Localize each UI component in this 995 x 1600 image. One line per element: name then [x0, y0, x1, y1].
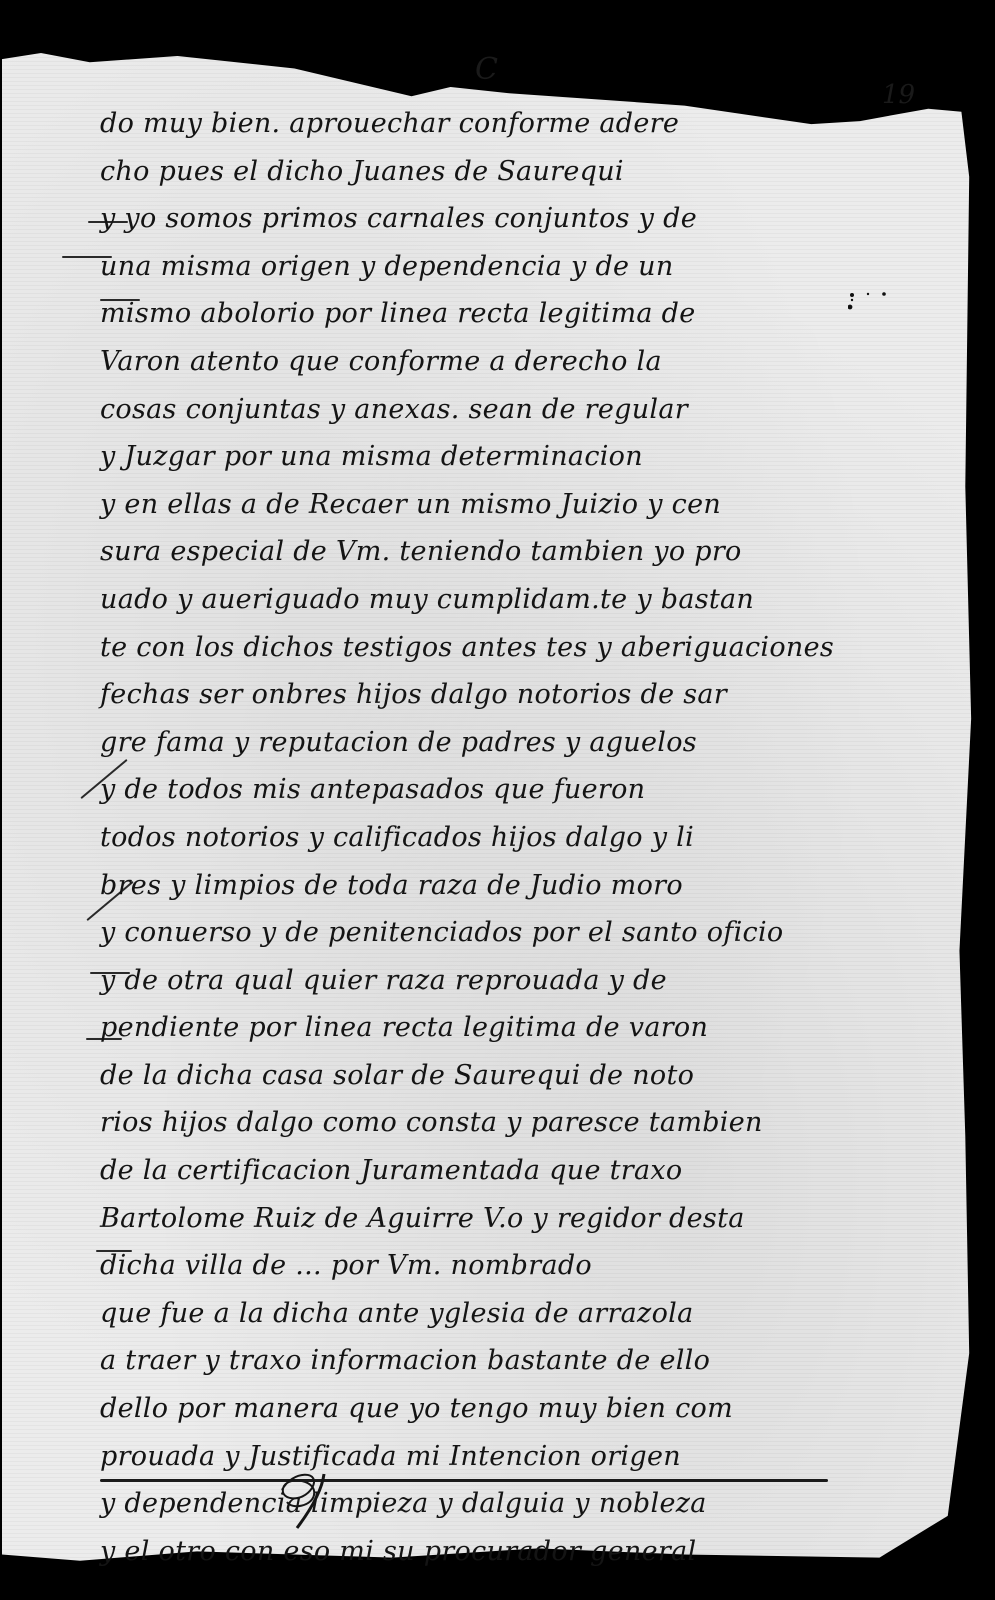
text-line: prouada y Justificada mi Intencion orige…	[100, 1433, 860, 1481]
text-line: dicha villa de ... por Vm. nombrado	[100, 1242, 860, 1290]
text-line: te con los dichos testigos antes tes y a…	[100, 624, 860, 672]
text-line: Varon atento que conforme a derecho la	[100, 338, 860, 386]
text-line: y yo somos primos carnales conjuntos y d…	[100, 195, 860, 243]
text-line: pendiente por linea recta legitima de va…	[100, 1004, 860, 1052]
text-line: do muy bien. aprouechar conforme adere	[100, 100, 860, 148]
text-line: y de otra qual quier raza reprouada y de	[100, 957, 860, 1005]
text-line: que fue a la dicha ante yglesia de arraz…	[100, 1290, 860, 1338]
text-line: y en ellas a de Recaer un mismo Juizio y…	[100, 481, 860, 529]
manuscript-text: do muy bien. aprouechar conforme adere c…	[100, 100, 860, 1575]
folio-number: 19	[882, 80, 915, 110]
text-line: cosas conjuntas y anexas. sean de regula…	[100, 386, 860, 434]
text-line: y el otro con eso mi su procurador gener…	[100, 1528, 860, 1576]
text-line: todos notorios y calificados hijos dalgo…	[100, 814, 860, 862]
text-line: fechas ser onbres hijos dalgo notorios d…	[100, 671, 860, 719]
text-line: dello por manera que yo tengo muy bien c…	[100, 1385, 860, 1433]
signature-line	[100, 1479, 828, 1482]
text-line: y de todos mis antepasados que fueron	[100, 766, 860, 814]
text-line: de la certificacion Juramentada que trax…	[100, 1147, 860, 1195]
text-line: y Juzgar por una misma determinacion	[100, 433, 860, 481]
text-line: una misma origen y dependencia y de un	[100, 243, 860, 291]
text-line: uado y aueriguado muy cumplidam.te y bas…	[100, 576, 860, 624]
text-line: a traer y traxo informacion bastante de …	[100, 1337, 860, 1385]
text-line: cho pues el dicho Juanes de Saurequi	[100, 148, 860, 196]
text-line: gre fama y reputacion de padres y aguelo…	[100, 719, 860, 767]
text-line: y conuerso y de penitenciados por el san…	[100, 909, 860, 957]
text-line: de la dicha casa solar de Saurequi de no…	[100, 1052, 860, 1100]
header-mark: C	[475, 52, 498, 87]
signature-rubric-icon	[272, 1460, 352, 1530]
text-line: y dependencia limpieza y dalguia y noble…	[100, 1480, 860, 1528]
text-line: sura especial de Vm. teniendo tambien yo…	[100, 528, 860, 576]
text-line: mismo abolorio por linea recta legitima …	[100, 290, 860, 338]
text-line: rios hijos dalgo como consta y paresce t…	[100, 1099, 860, 1147]
text-line: bres y limpios de toda raza de Judio mor…	[100, 862, 860, 910]
text-line: Bartolome Ruiz de Aguirre V.o y regidor …	[100, 1195, 860, 1243]
